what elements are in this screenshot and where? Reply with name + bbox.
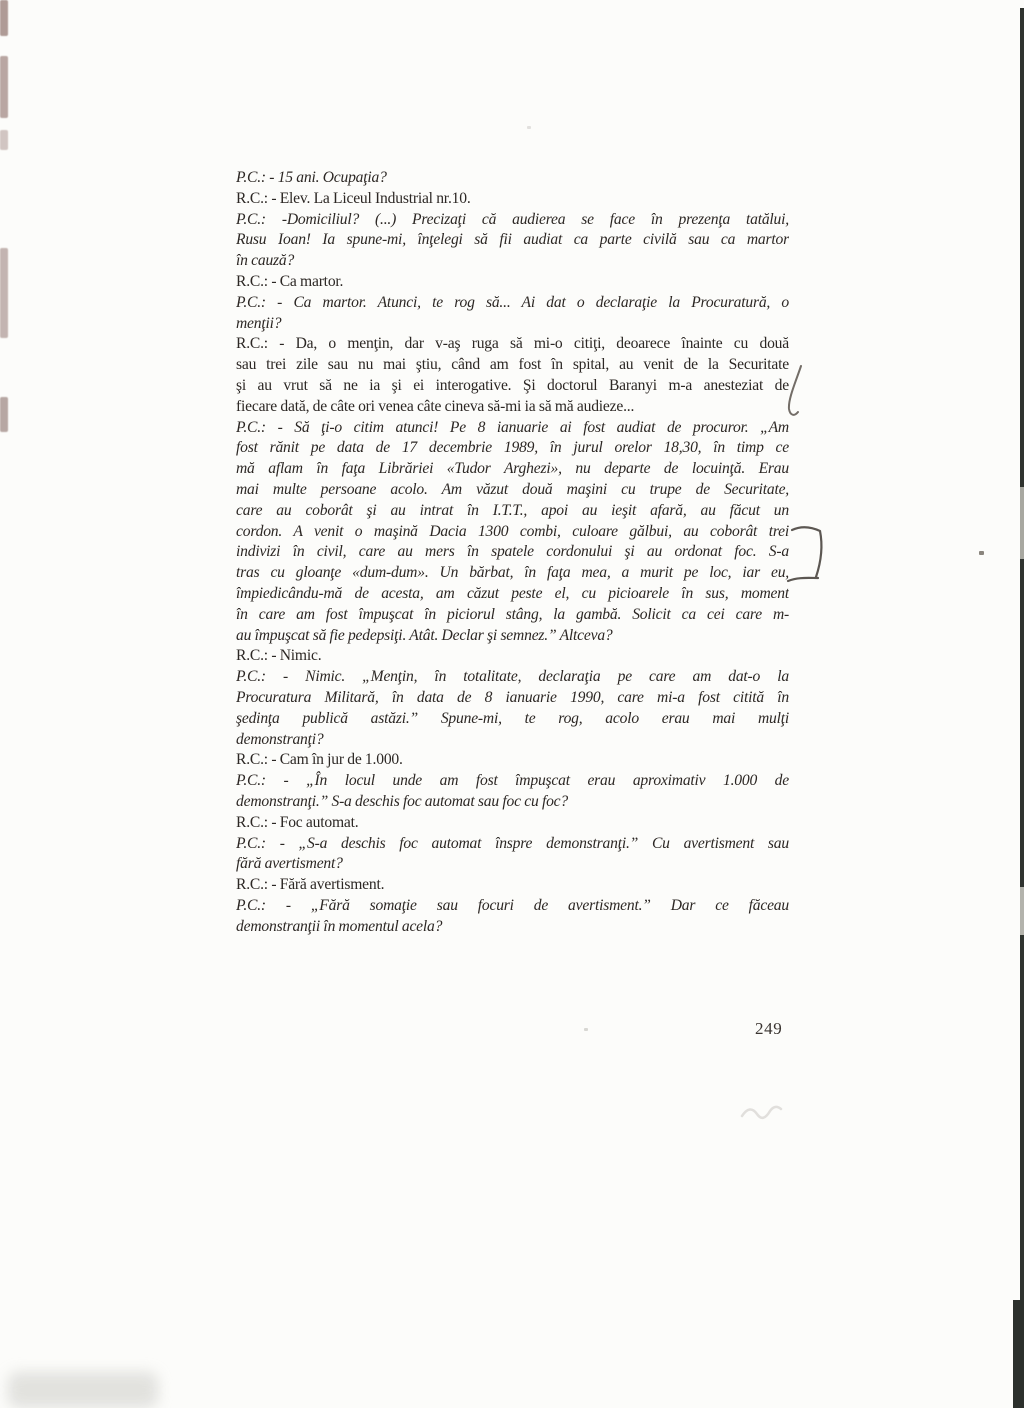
dialogue-line: demonstranţii în momentul acela? — [236, 917, 789, 938]
pen-paren-mark — [789, 366, 801, 415]
dialogue-line: R.C.: - Nimic. — [236, 646, 789, 667]
dialogue-line: R.C.: - Cam în jur de 1.000. — [236, 750, 789, 771]
page-number: 249 — [755, 1019, 782, 1039]
dialogue-line: demonstranţi? — [236, 730, 789, 751]
dialogue-line: P.C.: - Ca martor. Atunci, te rog să... … — [236, 293, 789, 314]
dialogue-turn-pc: P.C.: - 15 ani. Ocupaţia? — [236, 168, 789, 189]
right-edge-gap — [1020, 487, 1024, 559]
bottom-left-smudge — [8, 1372, 158, 1408]
left-edge-copy-mark — [0, 0, 8, 36]
dialogue-line: P.C.: - „Fără somaţie sau focuri de aver… — [236, 896, 789, 917]
dialogue-turn-rc: R.C.: - Ca martor. — [236, 272, 789, 293]
dialogue-line: R.C.: - Fără avertisment. — [236, 875, 789, 896]
dialogue-line: R.C.: - Elev. La Liceul Industrial nr.10… — [236, 189, 789, 210]
dialogue-line: în care am fost împuşcat în piciorul stâ… — [236, 605, 789, 626]
dialogue-line: Rusu Ioan! Ia spune-mi, înţelegi să fii … — [236, 230, 789, 251]
left-edge-copy-mark — [0, 248, 8, 338]
left-edge-copy-mark — [0, 397, 8, 432]
dialogue-turn-pc: P.C.: - „În locul unde am fost împuşcat … — [236, 771, 789, 813]
dialogue-line: mă aflam în faţa Librăriei «Tudor Arghez… — [236, 459, 789, 480]
dialogue-turn-pc: P.C.: - Nimic. „Menţin, în totalitate, d… — [236, 667, 789, 750]
dialogue-line: care au coborât şi au intrat în I.T.T., … — [236, 501, 789, 522]
dialogue-line: şi au vrut să ne ia şi ei interogative. … — [236, 376, 789, 397]
right-edge-scanner-line-foot — [1013, 1300, 1024, 1408]
dialogue-line: menţii? — [236, 314, 789, 335]
dialogue-text: P.C.: - 15 ani. Ocupaţia?R.C.: - Elev. L… — [236, 168, 789, 937]
dialogue-line: sau trei zile sau nu mai ştiu, când am f… — [236, 355, 789, 376]
ink-speck — [979, 551, 984, 555]
ink-speck — [527, 126, 531, 129]
dialogue-line: P.C.: -Domiciliul? (...) Precizaţi că au… — [236, 210, 789, 231]
dialogue-turn-pc: P.C.: - „Fără somaţie sau focuri de aver… — [236, 896, 789, 938]
dialogue-line: P.C.: - Să ţi-o citim atunci! Pe 8 ianua… — [236, 418, 789, 439]
dialogue-turn-rc: R.C.: - Fără avertisment. — [236, 875, 789, 896]
dialogue-line: în cauză? — [236, 251, 789, 272]
dialogue-turn-pc: P.C.: - „S-a deschis foc automat înspre … — [236, 834, 789, 876]
left-edge-copy-mark — [0, 56, 8, 118]
dialogue-turn-rc: R.C.: - Da, o menţin, dar v-aş ruga să m… — [236, 334, 789, 417]
dialogue-line: P.C.: - Nimic. „Menţin, în totalitate, d… — [236, 667, 789, 688]
dialogue-turn-pc: P.C.: -Domiciliul? (...) Precizaţi că au… — [236, 210, 789, 272]
dialogue-line: R.C.: - Da, o menţin, dar v-aş ruga să m… — [236, 334, 789, 355]
dialogue-turn-rc: R.C.: - Nimic. — [236, 646, 789, 667]
dialogue-line: cordon. A venit o maşină Dacia 1300 comb… — [236, 522, 789, 543]
dialogue-turn-pc: P.C.: - Ca martor. Atunci, te rog să... … — [236, 293, 789, 335]
ink-speck — [584, 1028, 588, 1031]
right-edge-scanner-line — [1020, 8, 1024, 1408]
dialogue-turn-pc: P.C.: - Să ţi-o citim atunci! Pe 8 ianua… — [236, 418, 789, 647]
faint-pencil-smudge — [742, 1107, 781, 1118]
dialogue-line: tras cu gloanţe «dum-dum». Un bărbat, în… — [236, 563, 789, 584]
dialogue-line: P.C.: - „S-a deschis foc automat înspre … — [236, 834, 789, 855]
dialogue-line: mai multe persoane acolo. Am văzut două … — [236, 480, 789, 501]
dialogue-line: Procuratura Militară, în data de 8 ianua… — [236, 688, 789, 709]
pen-bracket-mark — [788, 527, 821, 581]
left-edge-copy-mark — [0, 130, 8, 150]
dialogue-line: indivizi în civil, care au mers în spate… — [236, 542, 789, 563]
dialogue-line: demonstranţi.” S-a deschis foc automat s… — [236, 792, 789, 813]
dialogue-line: R.C.: - Foc automat. — [236, 813, 789, 834]
scanned-page: P.C.: - 15 ani. Ocupaţia?R.C.: - Elev. L… — [0, 0, 1024, 1408]
dialogue-line: P.C.: - „În locul unde am fost împuşcat … — [236, 771, 789, 792]
dialogue-line: fiecare dată, de câte ori venea câte cin… — [236, 397, 789, 418]
dialogue-line: R.C.: - Ca martor. — [236, 272, 789, 293]
right-edge-gap — [1020, 887, 1024, 935]
dialogue-line: şedinţa publică astăzi.” Spune-mi, te ro… — [236, 709, 789, 730]
dialogue-turn-rc: R.C.: - Foc automat. — [236, 813, 789, 834]
dialogue-line: fără avertisment? — [236, 854, 789, 875]
dialogue-turn-rc: R.C.: - Cam în jur de 1.000. — [236, 750, 789, 771]
dialogue-line: P.C.: - 15 ani. Ocupaţia? — [236, 168, 789, 189]
dialogue-line: fost rănit pe data de 17 decembrie 1989,… — [236, 438, 789, 459]
dialogue-line: au împuşcat să fie pedepsiţi. Atât. Decl… — [236, 626, 789, 647]
dialogue-turn-rc: R.C.: - Elev. La Liceul Industrial nr.10… — [236, 189, 789, 210]
dialogue-line: împiedicându-mă de acesta, am căzut pest… — [236, 584, 789, 605]
